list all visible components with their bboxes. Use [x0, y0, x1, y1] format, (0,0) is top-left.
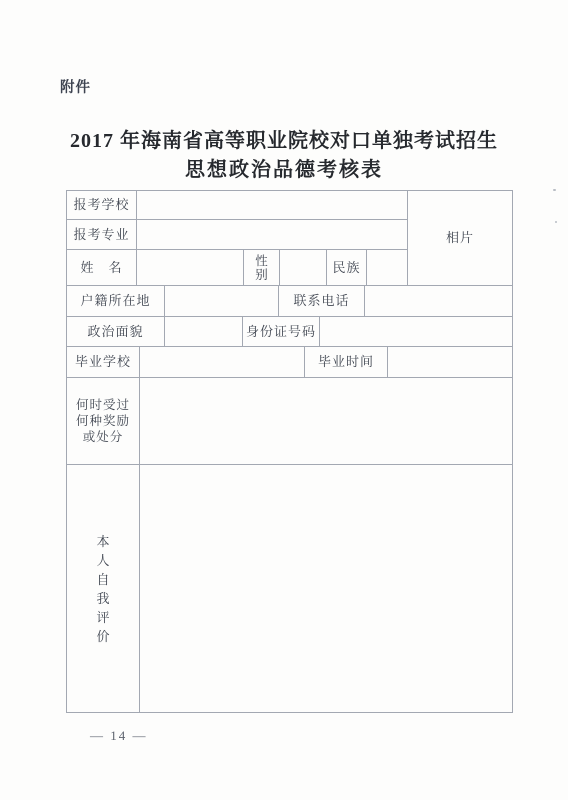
gender-label-char-2: 别 — [255, 268, 268, 282]
awards-label-line-1: 何时受过 — [76, 397, 130, 413]
scan-speckle — [555, 221, 557, 223]
form-title-line-1: 2017 年海南省高等职业院校对口单独考试招生 — [0, 126, 568, 156]
self-eval-char-6: 价 — [96, 627, 109, 646]
gender-value-cell — [280, 250, 327, 286]
apply-major-label: 报考专业 — [67, 220, 137, 250]
form-title-line-2: 思想政治品德考核表 — [0, 156, 568, 185]
phone-label: 联系电话 — [279, 286, 365, 317]
scan-speckle — [553, 189, 556, 191]
id-number-value-cell — [320, 317, 512, 347]
self-eval-char-5: 评 — [96, 608, 109, 627]
grad-school-label: 毕业学校 — [67, 347, 140, 378]
awards-label-line-3: 或处分 — [83, 429, 124, 445]
household-value-cell — [165, 286, 279, 317]
awards-label-line-2: 何种奖励 — [76, 413, 130, 429]
name-label: 姓 名 — [67, 250, 137, 286]
awards-punishments-value-cell — [140, 378, 512, 465]
self-evaluation-label: 本 人 自 我 评 价 — [67, 465, 140, 712]
attachment-label: 附件 — [60, 76, 91, 97]
grad-time-value-cell — [388, 347, 512, 378]
political-status-value-cell — [165, 317, 243, 347]
photo-cell: 相片 — [408, 191, 512, 286]
household-label: 户籍所在地 — [67, 286, 165, 317]
apply-major-value-cell — [137, 220, 408, 250]
ethnicity-label: 民族 — [327, 250, 367, 286]
grad-school-value-cell — [140, 347, 305, 378]
self-eval-char-4: 我 — [96, 589, 109, 608]
page-number: — 14 — — [90, 728, 148, 744]
gender-label-char-1: 性 — [255, 254, 268, 268]
self-evaluation-value-cell — [140, 465, 512, 712]
phone-value-cell — [365, 286, 512, 317]
awards-punishments-label: 何时受过 何种奖励 或处分 — [67, 378, 140, 465]
ethnicity-value-cell — [367, 250, 408, 286]
scanned-form-page: { "page": { "attachment": "附件", "title_l… — [0, 0, 568, 800]
name-value-cell — [137, 250, 244, 286]
form-title: 2017 年海南省高等职业院校对口单独考试招生 思想政治品德考核表 — [0, 126, 568, 185]
self-eval-char-1: 本 — [96, 532, 109, 551]
assessment-form-table: 报考学校 相片 报考专业 姓 名 性 别 民族 户籍所在地 联系电话 政治面貌 … — [66, 190, 513, 713]
grad-time-label: 毕业时间 — [305, 347, 388, 378]
apply-school-label: 报考学校 — [67, 191, 137, 220]
self-eval-char-3: 自 — [96, 570, 109, 589]
id-number-label: 身份证号码 — [243, 317, 320, 347]
apply-school-value-cell — [137, 191, 408, 220]
self-eval-char-2: 人 — [96, 551, 109, 570]
gender-label: 性 别 — [244, 250, 280, 286]
political-status-label: 政治面貌 — [67, 317, 165, 347]
